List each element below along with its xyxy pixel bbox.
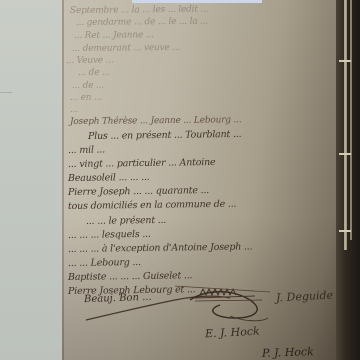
binding-stitch	[339, 153, 351, 155]
binding-stitch	[339, 60, 351, 62]
book-binding	[336, 0, 360, 360]
binding-stitch	[339, 230, 351, 232]
binding-cord	[344, 0, 347, 250]
signature-flourish	[0, 0, 360, 360]
document-photo: Septembre ... la ... les ... ledit ... .…	[0, 0, 360, 360]
binding-cord-2	[350, 0, 352, 240]
